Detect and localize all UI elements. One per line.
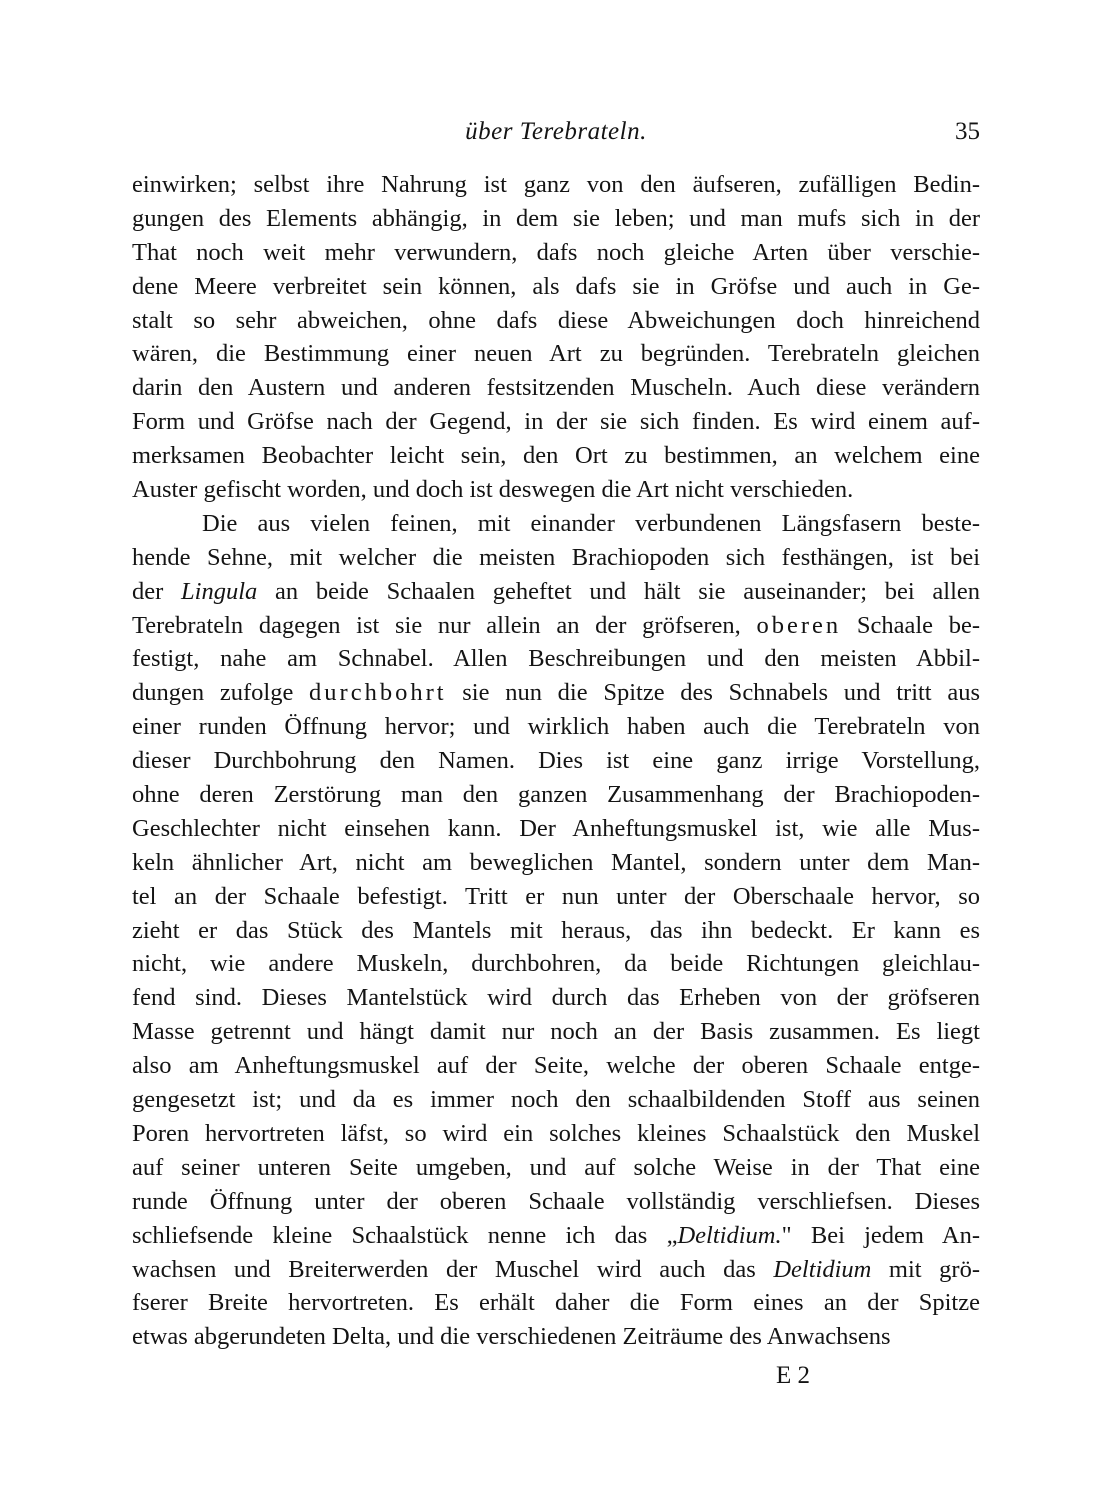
text-segment: der	[132, 578, 181, 605]
text-segment: schliefsende kleine Schaalstück nenne ic…	[132, 1222, 677, 1249]
text-segment: dene Meere verbreitet sein können, als d…	[132, 273, 980, 300]
italic-term: Lingula	[181, 578, 257, 605]
text-line: einer runden Öffnung hervor; und wirklic…	[132, 710, 980, 744]
text-line: ohne deren Zerstörung man den ganzen Zus…	[132, 778, 980, 812]
emphasized-term: oberen	[756, 612, 841, 639]
text-line: fend sind. Dieses Mantelstück wird durch…	[132, 981, 980, 1015]
text-line: dene Meere verbreitet sein können, als d…	[132, 270, 980, 304]
text-segment: fserer Breite hervortreten. Es erhält da…	[132, 1289, 980, 1316]
text-line: der Lingula an beide Schaalen geheftet u…	[132, 575, 980, 609]
text-line: dieser Durchbohrung den Namen. Dies ist …	[132, 744, 980, 778]
text-segment: zieht er das Stück des Mantels mit herau…	[132, 917, 980, 944]
text-segment: mit grö-	[871, 1256, 980, 1283]
text-line: Form und Gröfse nach der Gegend, in der …	[132, 405, 980, 439]
text-line: dungen zufolge durchbohrt sie nun die Sp…	[132, 676, 980, 710]
text-segment: gungen des Elements abhängig, in dem sie…	[132, 205, 980, 232]
text-line: Masse getrennt und hängt damit nur noch …	[132, 1015, 980, 1049]
text-line: stalt so sehr abweichen, ohne dafs diese…	[132, 304, 980, 338]
italic-term: Deltidium	[773, 1256, 871, 1283]
text-line: darin den Austern und anderen festsitzen…	[132, 371, 980, 405]
text-line: gengesetzt ist; und da es immer noch den…	[132, 1083, 980, 1117]
text-line: fserer Breite hervortreten. Es erhält da…	[132, 1286, 980, 1320]
text-segment: Die aus vielen feinen, mit einander verb…	[202, 510, 980, 537]
text-segment: Masse getrennt und hängt damit nur noch …	[132, 1018, 980, 1045]
text-line: schliefsende kleine Schaalstück nenne ic…	[132, 1219, 980, 1253]
emphasized-term: durchbohrt	[309, 679, 447, 706]
text-line: keln ähnlicher Art, nicht am beweglichen…	[132, 846, 980, 880]
text-segment: darin den Austern und anderen festsitzen…	[132, 374, 980, 401]
running-title: über Terebrateln.	[132, 118, 980, 146]
text-segment: Poren hervortreten läfst, so wird ein so…	[132, 1120, 980, 1147]
text-segment: nicht, wie andere Muskeln, durchbohren, …	[132, 950, 980, 977]
text-segment: " Bei jedem An-	[782, 1222, 980, 1249]
text-segment: etwas abgerundeten Delta, und die versch…	[132, 1323, 891, 1350]
text-segment: an beide Schaalen geheftet und hält sie …	[257, 578, 980, 605]
book-page: über Terebrateln. 35 einwirken; selbst i…	[0, 0, 1100, 1506]
text-segment: einer runden Öffnung hervor; und wirklic…	[132, 713, 980, 740]
text-line: tel an der Schaale befestigt. Tritt er n…	[132, 880, 980, 914]
text-line: etwas abgerundeten Delta, und die versch…	[132, 1320, 980, 1354]
text-segment: fend sind. Dieses Mantelstück wird durch…	[132, 984, 980, 1011]
text-line: festigt, nahe am Schnabel. Allen Beschre…	[132, 642, 980, 676]
text-line: merksamen Beobachter leicht sein, den Or…	[132, 439, 980, 473]
text-segment: Schaale be-	[841, 612, 980, 639]
text-line: Auster gefischt worden, und doch ist des…	[132, 473, 980, 507]
text-segment: einwirken; selbst ihre Nahrung ist ganz …	[132, 171, 980, 198]
text-segment: gengesetzt ist; und da es immer noch den…	[132, 1086, 980, 1113]
text-line: also am Anheftungsmuskel auf der Seite, …	[132, 1049, 980, 1083]
text-line: wären, die Bestimmung einer neuen Art zu…	[132, 337, 980, 371]
text-segment: auf seiner unteren Seite umgeben, und au…	[132, 1154, 980, 1181]
text-line: auf seiner unteren Seite umgeben, und au…	[132, 1151, 980, 1185]
text-segment: That noch weit mehr verwundern, dafs noc…	[132, 239, 980, 266]
body-text: einwirken; selbst ihre Nahrung ist ganz …	[132, 168, 980, 1354]
text-segment: Auster gefischt worden, und doch ist des…	[132, 476, 853, 503]
text-segment: runde Öffnung unter der oberen Schaale v…	[132, 1188, 980, 1215]
signature-mark: E 2	[776, 1362, 810, 1390]
text-segment: keln ähnlicher Art, nicht am beweglichen…	[132, 849, 980, 876]
text-segment: festigt, nahe am Schnabel. Allen Beschre…	[132, 645, 980, 672]
text-line: einwirken; selbst ihre Nahrung ist ganz …	[132, 168, 980, 202]
text-segment: merksamen Beobachter leicht sein, den Or…	[132, 442, 980, 469]
text-segment: ohne deren Zerstörung man den ganzen Zus…	[132, 781, 980, 808]
text-segment: Geschlechter nicht einsehen kann. Der An…	[132, 815, 980, 842]
text-segment: wären, die Bestimmung einer neuen Art zu…	[132, 340, 980, 367]
text-segment: stalt so sehr abweichen, ohne dafs diese…	[132, 307, 980, 334]
text-segment: sie nun die Spitze des Schnabels und tri…	[447, 679, 980, 706]
text-line: Poren hervortreten läfst, so wird ein so…	[132, 1117, 980, 1151]
text-line: hende Sehne, mit welcher die meisten Bra…	[132, 541, 980, 575]
text-line: Die aus vielen feinen, mit einander verb…	[132, 507, 980, 541]
text-line: That noch weit mehr verwundern, dafs noc…	[132, 236, 980, 270]
text-segment: Terebrateln dagegen ist sie nur allein a…	[132, 612, 756, 639]
text-line: Terebrateln dagegen ist sie nur allein a…	[132, 609, 980, 643]
text-line: nicht, wie andere Muskeln, durchbohren, …	[132, 947, 980, 981]
text-line: runde Öffnung unter der oberen Schaale v…	[132, 1185, 980, 1219]
text-segment: tel an der Schaale befestigt. Tritt er n…	[132, 883, 980, 910]
text-line: Geschlechter nicht einsehen kann. Der An…	[132, 812, 980, 846]
italic-term: Deltidium.	[677, 1222, 781, 1249]
text-line: wachsen und Breiterwerden der Muschel wi…	[132, 1253, 980, 1287]
text-segment: hende Sehne, mit welcher die meisten Bra…	[132, 544, 980, 571]
running-head: über Terebrateln. 35	[132, 118, 980, 152]
page-number: 35	[955, 118, 980, 146]
text-segment: also am Anheftungsmuskel auf der Seite, …	[132, 1052, 980, 1079]
text-segment: Form und Gröfse nach der Gegend, in der …	[132, 408, 980, 435]
text-line: zieht er das Stück des Mantels mit herau…	[132, 914, 980, 948]
text-segment: dungen zufolge	[132, 679, 309, 706]
text-segment: dieser Durchbohrung den Namen. Dies ist …	[132, 747, 980, 774]
text-segment: wachsen und Breiterwerden der Muschel wi…	[132, 1256, 773, 1283]
text-line: gungen des Elements abhängig, in dem sie…	[132, 202, 980, 236]
